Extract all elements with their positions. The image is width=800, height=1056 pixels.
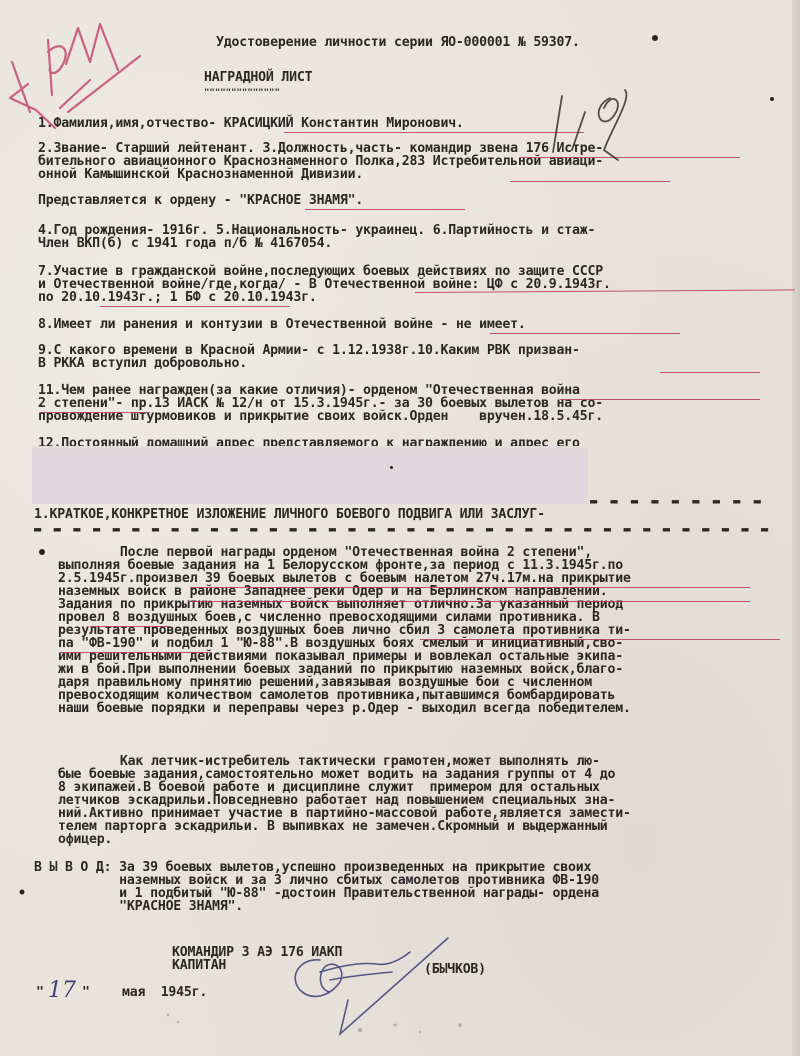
margin-note-krm-icon — [10, 24, 140, 128]
handwriting-overlay — [0, 0, 800, 1056]
stamp-specks — [167, 1014, 462, 1034]
signature-icon — [295, 938, 448, 1034]
ink-dot — [770, 97, 774, 101]
corner-mark-108-icon — [553, 90, 626, 160]
